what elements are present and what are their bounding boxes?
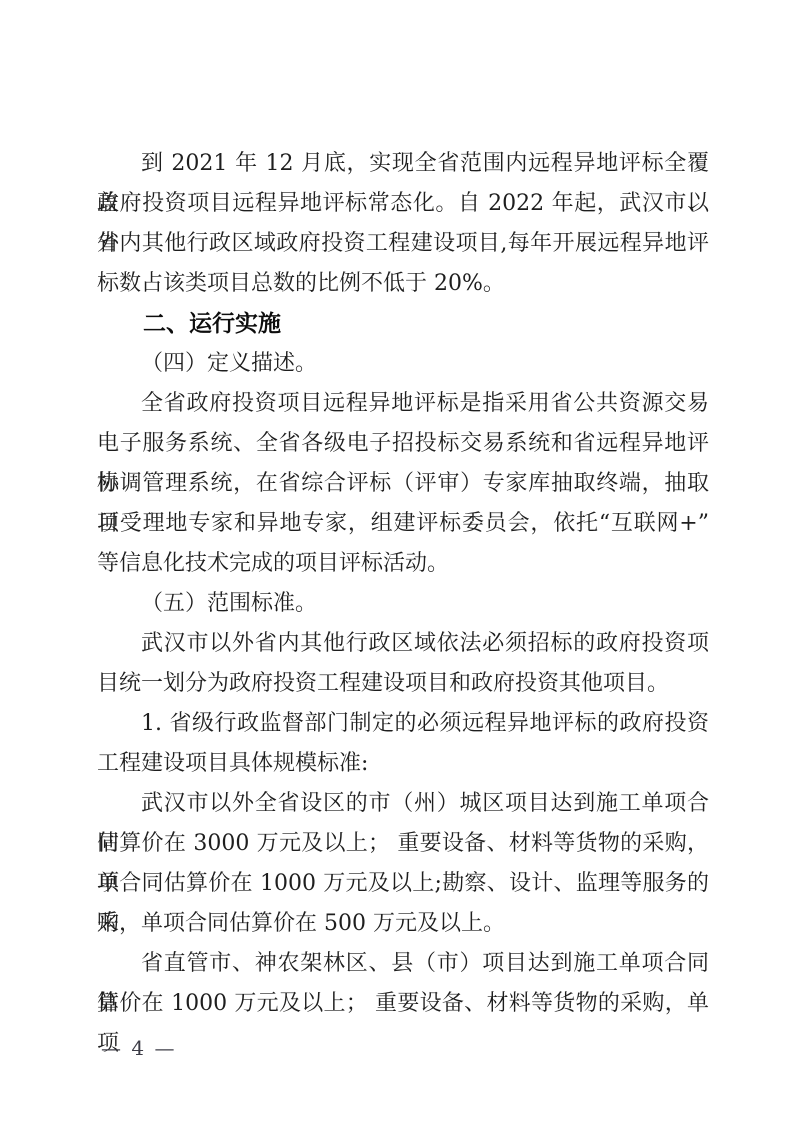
paragraph-definition-body: 全省政府投资项目远程异地评标是指采用省公共资源交易电子服务系统、全省各级电子招投… — [97, 384, 709, 584]
paragraph-city-threshold: 武汉市以外全省设区的市（州）城区项目达到施工单项合同估算价在 3000 万元及以… — [97, 784, 709, 944]
text-line: 算价在 1000 万元及以上； 重要设备、材料等货物的采购，单项 — [97, 984, 709, 1024]
paragraph-county-threshold: 省直管市、神农架林区、县（市）项目达到施工单项合同估算价在 1000 万元及以上… — [97, 944, 709, 1024]
paragraph-scope-body: 武汉市以外省内其他行政区域依法必须招标的政府投资项目统一划分为政府投资工程建设项… — [97, 624, 709, 704]
text-line: 电子服务系统、全省各级电子招投标交易系统和省远程异地评标 — [97, 424, 709, 464]
paragraph-item1-standard: 1. 省级行政监督部门制定的必须远程异地评标的政府投资工程建设项目具体规模标准: — [97, 704, 709, 784]
text-line: 政府投资项目远程异地评标常态化。自 2022 年起，武汉市以外 — [97, 184, 709, 224]
text-line: 估算价在 3000 万元及以上； 重要设备、材料等货物的采购，单 — [97, 824, 709, 864]
paragraph-definition-title: （四）定义描述。 — [97, 344, 709, 384]
page-number: — 4 — — [101, 1036, 176, 1060]
text-line: 武汉市以外省内其他行政区域依法必须招标的政府投资项 — [97, 624, 709, 664]
paragraph-intro-goals: 到 2021 年 12 月底，实现全省范围内远程异地评标全覆盖、政府投资项目远程… — [97, 144, 709, 304]
text-line: 省内其他行政区域政府投资工程建设项目,每年开展远程异地评 — [97, 224, 709, 264]
text-line: 全省政府投资项目远程异地评标是指采用省公共资源交易 — [97, 384, 709, 424]
text-line: 标数占该类项目总数的比例不低于 20%。 — [97, 264, 709, 304]
text-line: 1. 省级行政监督部门制定的必须远程异地评标的政府投资 — [97, 704, 709, 744]
text-line: 武汉市以外全省设区的市（州）城区项目达到施工单项合同 — [97, 784, 709, 824]
text-line: 二、运行实施 — [97, 304, 709, 344]
text-line: 目受理地专家和异地专家，组建评标委员会，依托“互联网+” — [97, 504, 709, 544]
text-line: 省直管市、神农架林区、县（市）项目达到施工单项合同估 — [97, 944, 709, 984]
text-line: 目统一划分为政府投资工程建设项目和政府投资其他项目。 — [97, 664, 709, 704]
document-page: 到 2021 年 12 月底，实现全省范围内远程异地评标全覆盖、政府投资项目远程… — [0, 0, 793, 1122]
paragraph-scope-title: （五）范围标准。 — [97, 584, 709, 624]
text-line: （五）范围标准。 — [97, 584, 709, 624]
text-line: 到 2021 年 12 月底，实现全省范围内远程异地评标全覆盖、 — [97, 144, 709, 184]
text-line: 工程建设项目具体规模标准: — [97, 744, 709, 784]
text-line: 购，单项合同估算价在 500 万元及以上。 — [97, 904, 709, 944]
text-line: 等信息化技术完成的项目评标活动。 — [97, 544, 709, 584]
section-heading-operation: 二、运行实施 — [97, 304, 709, 344]
text-line: 协调管理系统，在省综合评标（评审）专家库抽取终端，抽取项 — [97, 464, 709, 504]
text-line: （四）定义描述。 — [97, 344, 709, 384]
document-body: 到 2021 年 12 月底，实现全省范围内远程异地评标全覆盖、政府投资项目远程… — [97, 144, 709, 1024]
text-line: 项合同估算价在 1000 万元及以上;勘察、设计、监理等服务的采 — [97, 864, 709, 904]
